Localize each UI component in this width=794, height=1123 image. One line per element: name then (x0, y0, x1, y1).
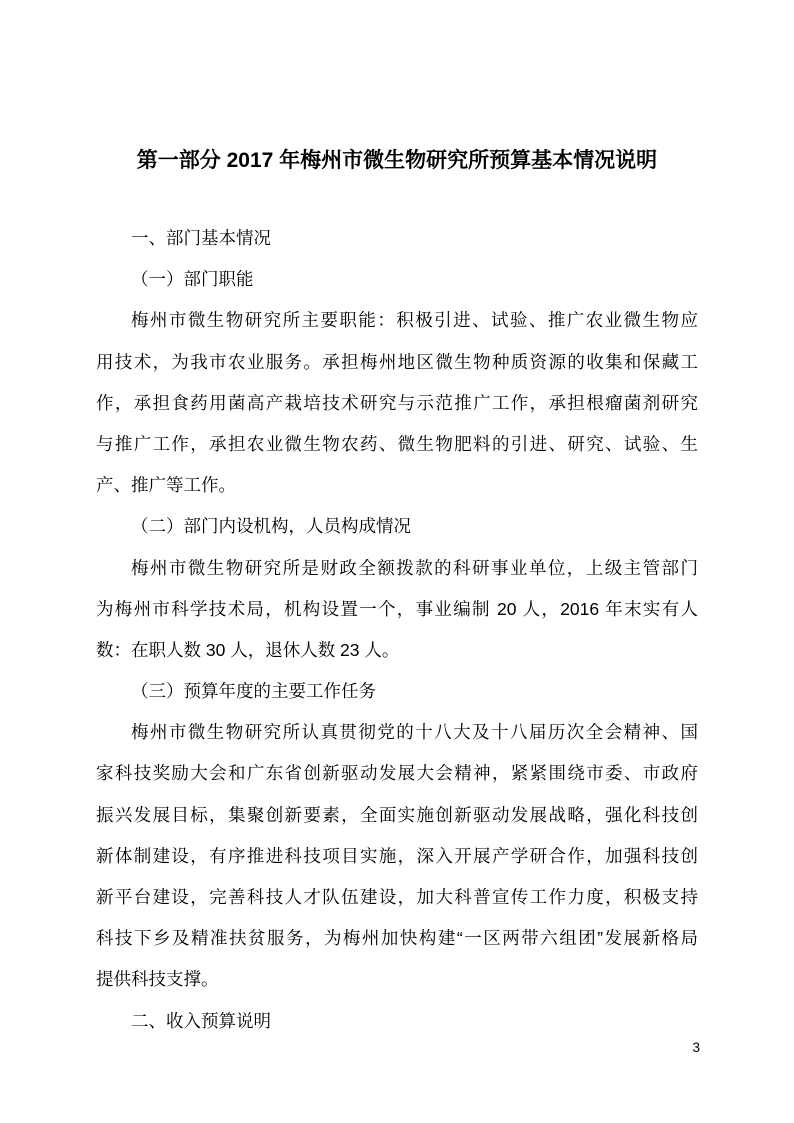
text-line: 家科技奖励大会和广东省创新驱动发展大会精神，紧紧围绕市委、市政府 (96, 753, 698, 794)
text-line: 振兴发展目标，集聚创新要素，全面实施创新驱动发展战略，强化科技创 (96, 795, 698, 836)
text-line: 新平台建设，完善科技人才队伍建设，加大科普宣传工作力度，积极支持 (96, 877, 698, 918)
text-line: 一、部门基本情况 (96, 218, 698, 259)
text-line: （一）部门职能 (96, 259, 698, 300)
text-line: 产、推广等工作。 (96, 465, 698, 506)
text-line: 数：在职人数 30 人，退休人数 23 人。 (96, 630, 698, 671)
text-line: 作，承担食药用菌高产栽培技术研究与示范推广工作，承担根瘤菌剂研究 (96, 383, 698, 424)
text-line: 与推广工作，承担农业微生物农药、微生物肥料的引进、研究、试验、生 (96, 424, 698, 465)
text-line: （二）部门内设机构，人员构成情况 (96, 506, 698, 547)
text-line: 新体制建设，有序推进科技项目实施，深入开展产学研合作，加强科技创 (96, 836, 698, 877)
text-line: 用技术，为我市农业服务。承担梅州地区微生物种质资源的收集和保藏工 (96, 342, 698, 383)
text-line: 为梅州市科学技术局，机构设置一个，事业编制 20 人，2016 年末实有人 (96, 589, 698, 630)
text-line: 提供科技支撑。 (96, 959, 698, 1000)
page-number: 3 (692, 1040, 700, 1056)
text-line: 梅州市微生物研究所主要职能：积极引进、试验、推广农业微生物应 (96, 300, 698, 341)
document-page: 第一部分 2017 年梅州市微生物研究所预算基本情况说明 一、部门基本情况（一）… (0, 0, 794, 1123)
page-title: 第一部分 2017 年梅州市微生物研究所预算基本情况说明 (96, 146, 698, 176)
text-line: 梅州市微生物研究所是财政全额拨款的科研事业单位，上级主管部门 (96, 548, 698, 589)
text-line: 二、收入预算说明 (96, 1001, 698, 1042)
text-line: 科技下乡及精准扶贫服务，为梅州加快构建“一区两带六组团”发展新格局 (96, 918, 698, 959)
document-body: 一、部门基本情况（一）部门职能梅州市微生物研究所主要职能：积极引进、试验、推广农… (96, 218, 698, 1042)
text-line: 梅州市微生物研究所认真贯彻党的十八大及十八届历次全会精神、国 (96, 712, 698, 753)
text-line: （三）预算年度的主要工作任务 (96, 671, 698, 712)
